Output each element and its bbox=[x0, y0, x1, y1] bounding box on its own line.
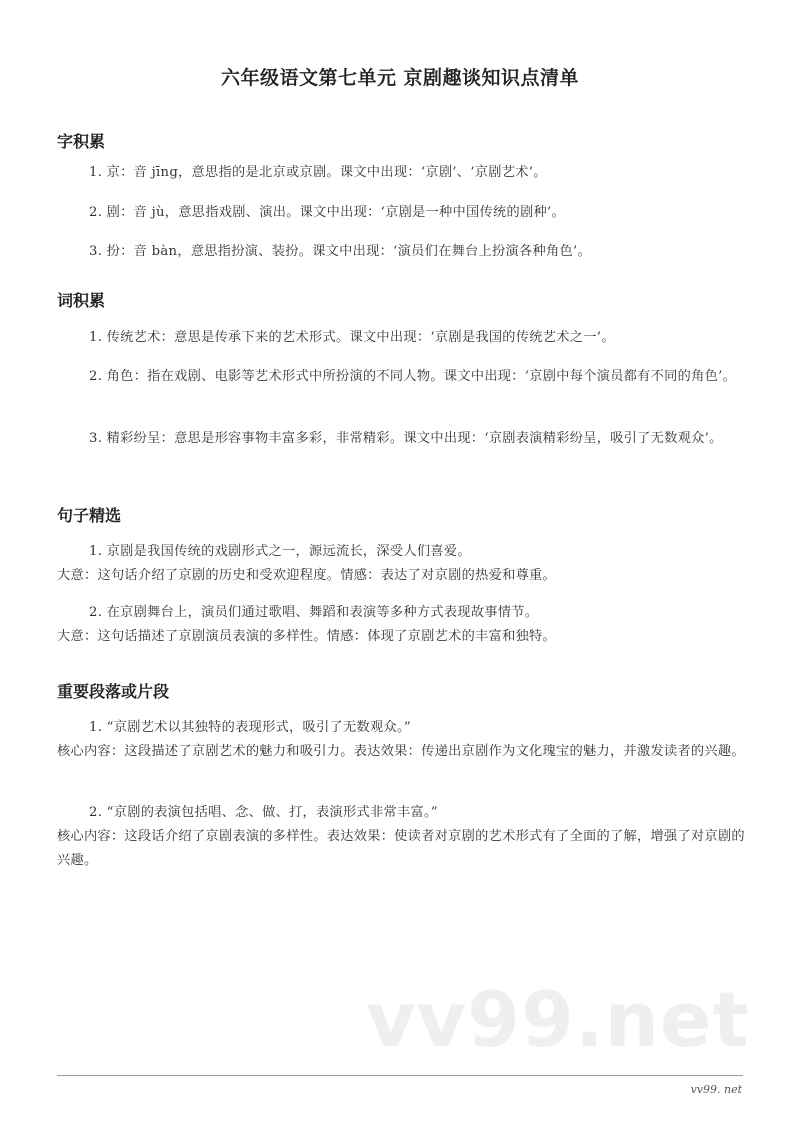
section-heading-sentences: 句子精选 bbox=[57, 503, 121, 526]
sentence-text: 1. 京剧是我国传统的戏剧形式之一，源远流长，深受人们喜爱。 bbox=[89, 544, 471, 559]
item-text: 1. 传统艺术：意思是传承下来的艺术形式。课文中出现：‘京剧是我国的传统艺术之一… bbox=[89, 330, 615, 345]
passage-note: 核心内容：这段描述了京剧艺术的魅力和吸引力。表达效果：传递出京剧作为文化瑰宝的魅… bbox=[57, 740, 747, 764]
list-item: 2. 剧：音 jù，意思指戏剧、演出。课文中出现：‘京剧是一种中国传统的剧种’。 bbox=[57, 201, 747, 225]
passage-note: 核心内容：这段话介绍了京剧表演的多样性。表达效果：使读者对京剧的艺术形式有了全面… bbox=[57, 825, 747, 873]
sentence-item: 1. 京剧是我国传统的戏剧形式之一，源远流长，深受人们喜爱。 大意：这句话介绍了… bbox=[57, 540, 747, 588]
passage-item: 2. “京剧的表演包括唱、念、做、打，表演形式非常丰富。” 核心内容：这段话介绍… bbox=[57, 801, 747, 873]
item-text: 3. 扮：音 bàn，意思指扮演、装扮。课文中出现：‘演员们在舞台上扮演各种角色… bbox=[89, 244, 591, 259]
sentence-note: 大意：这句话描述了京剧演员表演的多样性。情感：体现了京剧艺术的丰富和独特。 bbox=[57, 625, 747, 649]
item-text: 1. 京：音 jīng，意思指的是北京或京剧。课文中出现：‘京剧’、‘京剧艺术’… bbox=[89, 165, 547, 180]
list-item: 3. 精彩纷呈：意思是形容事物丰富多彩，非常精彩。课文中出现：‘京剧表演精彩纷呈… bbox=[57, 427, 747, 451]
item-text: 3. 精彩纷呈：意思是形容事物丰富多彩，非常精彩。课文中出现：‘京剧表演精彩纷呈… bbox=[89, 431, 723, 446]
passage-text: 2. “京剧的表演包括唱、念、做、打，表演形式非常丰富。” bbox=[89, 805, 438, 820]
passage-text: 1. “京剧艺术以其独特的表现形式，吸引了无数观众。” bbox=[89, 720, 411, 735]
sentence-text: 2. 在京剧舞台上，演员们通过歌唱、舞蹈和表演等多种方式表现故事情节。 bbox=[89, 605, 538, 620]
passage-item: 1. “京剧艺术以其独特的表现形式，吸引了无数观众。” 核心内容：这段描述了京剧… bbox=[57, 716, 747, 764]
list-item: 3. 扮：音 bàn，意思指扮演、装扮。课文中出现：‘演员们在舞台上扮演各种角色… bbox=[57, 240, 747, 264]
sentence-note: 大意：这句话介绍了京剧的历史和受欢迎程度。情感：表达了对京剧的热爱和尊重。 bbox=[57, 564, 747, 588]
sentence-item: 2. 在京剧舞台上，演员们通过歌唱、舞蹈和表演等多种方式表现故事情节。 大意：这… bbox=[57, 601, 747, 649]
list-item: 2. 角色：指在戏剧、电影等艺术形式中所扮演的不同人物。课文中出现：‘京剧中每个… bbox=[57, 365, 747, 389]
watermark: vv99.net bbox=[366, 982, 750, 1058]
item-text: 2. 剧：音 jù，意思指戏剧、演出。课文中出现：‘京剧是一种中国传统的剧种’。 bbox=[89, 205, 565, 220]
section-heading-passages: 重要段落或片段 bbox=[57, 679, 169, 702]
footer-divider bbox=[57, 1075, 743, 1076]
document-title: 六年级语文第七单元 京剧趣谈知识点清单 bbox=[0, 63, 800, 90]
section-heading-words: 词积累 bbox=[57, 288, 105, 311]
document-page: 六年级语文第七单元 京剧趣谈知识点清单 字积累 1. 京：音 jīng，意思指的… bbox=[0, 0, 800, 1130]
item-text: 2. 角色：指在戏剧、电影等艺术形式中所扮演的不同人物。课文中出现：‘京剧中每个… bbox=[89, 369, 736, 384]
list-item: 1. 传统艺术：意思是传承下来的艺术形式。课文中出现：‘京剧是我国的传统艺术之一… bbox=[57, 326, 747, 350]
section-heading-characters: 字积累 bbox=[57, 129, 105, 152]
footer-text: vv99. net bbox=[691, 1083, 742, 1096]
list-item: 1. 京：音 jīng，意思指的是北京或京剧。课文中出现：‘京剧’、‘京剧艺术’… bbox=[57, 161, 747, 185]
